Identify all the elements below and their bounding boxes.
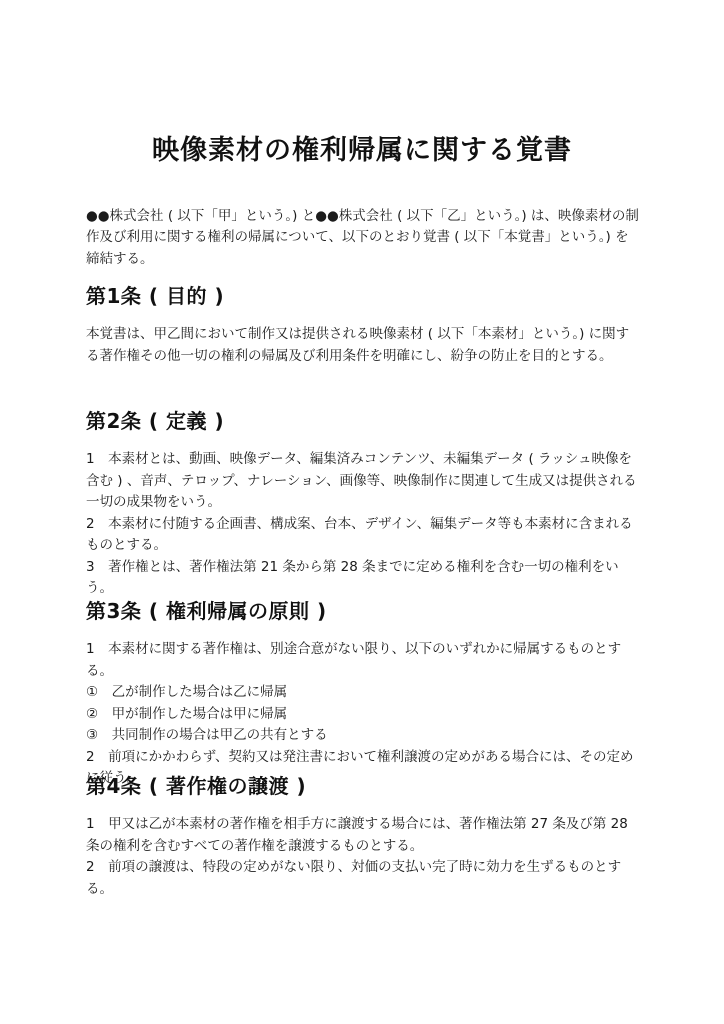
article-2-heading: 第2条 ( 定義 ) bbox=[86, 405, 642, 434]
article-1-clause-1: 本覚書は、甲乙間において制作又は提供される映像素材 ( 以下「本素材」という。)… bbox=[86, 324, 642, 367]
article-4-clause-2: 2 前項の譲渡は、特段の定めがない限り、対価の支払い完了時に効力を生ずるものとす… bbox=[86, 857, 642, 900]
article-3: 第3条 ( 権利帰属の原則 ) 1 本素材に関する著作権は、別途合意がない限り、… bbox=[86, 595, 642, 790]
article-3-heading: 第3条 ( 権利帰属の原則 ) bbox=[86, 595, 642, 624]
article-3-item-1: ① 乙が制作した場合は乙に帰属 bbox=[86, 682, 642, 704]
article-4: 第4条 ( 著作権の譲渡 ) 1 甲又は乙が本素材の著作権を相手方に譲渡する場合… bbox=[86, 770, 642, 900]
article-2-clause-3: 3 著作権とは、著作権法第 21 条から第 28 条までに定める権利を含む一切の… bbox=[86, 557, 642, 600]
article-4-clause-1: 1 甲又は乙が本素材の著作権を相手方に譲渡する場合には、著作権法第 27 条及び… bbox=[86, 814, 642, 857]
article-4-heading: 第4条 ( 著作権の譲渡 ) bbox=[86, 770, 642, 799]
document-page: 映像素材の権利帰属に関する覚書 ●●株式会社 ( 以下「甲」という。) と●●株… bbox=[0, 0, 724, 1024]
article-3-item-3: ③ 共同制作の場合は甲乙の共有とする bbox=[86, 725, 642, 747]
article-2-clause-1: 1 本素材とは、動画、映像データ、編集済みコンテンツ、未編集データ ( ラッシュ… bbox=[86, 449, 642, 514]
article-3-item-2: ② 甲が制作した場合は甲に帰属 bbox=[86, 704, 642, 726]
preamble-paragraph: ●●株式会社 ( 以下「甲」という。) と●●株式会社 ( 以下「乙」という。)… bbox=[86, 206, 642, 271]
article-2-clause-2: 2 本素材に付随する企画書、構成案、台本、デザイン、編集データ等も本素材に含まれ… bbox=[86, 514, 642, 557]
article-1: 第1条 ( 目的 ) 本覚書は、甲乙間において制作又は提供される映像素材 ( 以… bbox=[86, 280, 642, 367]
article-1-heading: 第1条 ( 目的 ) bbox=[86, 280, 642, 309]
article-2: 第2条 ( 定義 ) 1 本素材とは、動画、映像データ、編集済みコンテンツ、未編… bbox=[86, 405, 642, 600]
document-title: 映像素材の権利帰属に関する覚書 bbox=[0, 128, 724, 167]
article-3-clause-1: 1 本素材に関する著作権は、別途合意がない限り、以下のいずれかに帰属するものとす… bbox=[86, 639, 642, 682]
